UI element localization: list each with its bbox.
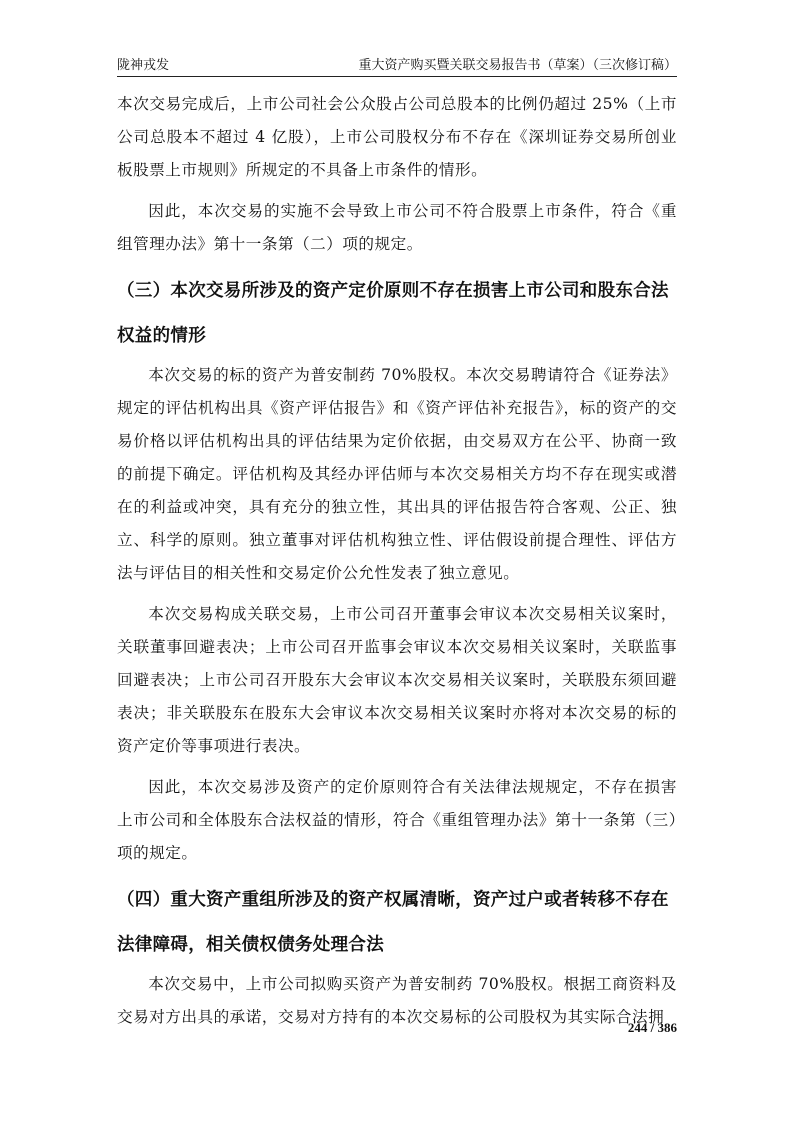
page-header: 陇神戎发 重大资产购买暨关联交易报告书（草案）（三次修订稿） [117,56,677,77]
paragraph: 因此，本次交易涉及资产的定价原则符合有关法律法规规定，不存在损害上市公司和全体股… [117,771,677,870]
paragraph: 本次交易的标的资产为普安制药 70%股权。本次交易聘请符合《证券法》规定的评估机… [117,359,677,590]
paragraph: 本次交易中，上市公司拟购买资产为普安制药 70%股权。根据工商资料及交易对方出具… [117,968,677,1034]
page-number: 244 / 386 [628,1020,677,1036]
document-body: 本次交易完成后，上市公司社会公众股占公司总股本的比例仍超过 25%（上市公司总股… [117,88,677,1034]
section-heading-4: （四）重大资产重组所涉及的资产权属清晰，资产过户或者转移不存在法律障碍，相关债权… [117,878,677,968]
paragraph: 因此，本次交易的实施不会导致上市公司不符合股票上市条件，符合《重组管理办法》第十… [117,195,677,261]
paragraph: 本次交易完成后，上市公司社会公众股占公司总股本的比例仍超过 25%（上市公司总股… [117,88,677,187]
header-company-name: 陇神戎发 [117,54,169,73]
section-heading-3: （三）本次交易所涉及的资产定价原则不存在损害上市公司和股东合法权益的情形 [117,269,677,359]
paragraph: 本次交易构成关联交易，上市公司召开董事会审议本次交易相关议案时，关联董事回避表决… [117,598,677,763]
header-document-title: 重大资产购买暨关联交易报告书（草案）（三次修订稿） [358,54,677,73]
